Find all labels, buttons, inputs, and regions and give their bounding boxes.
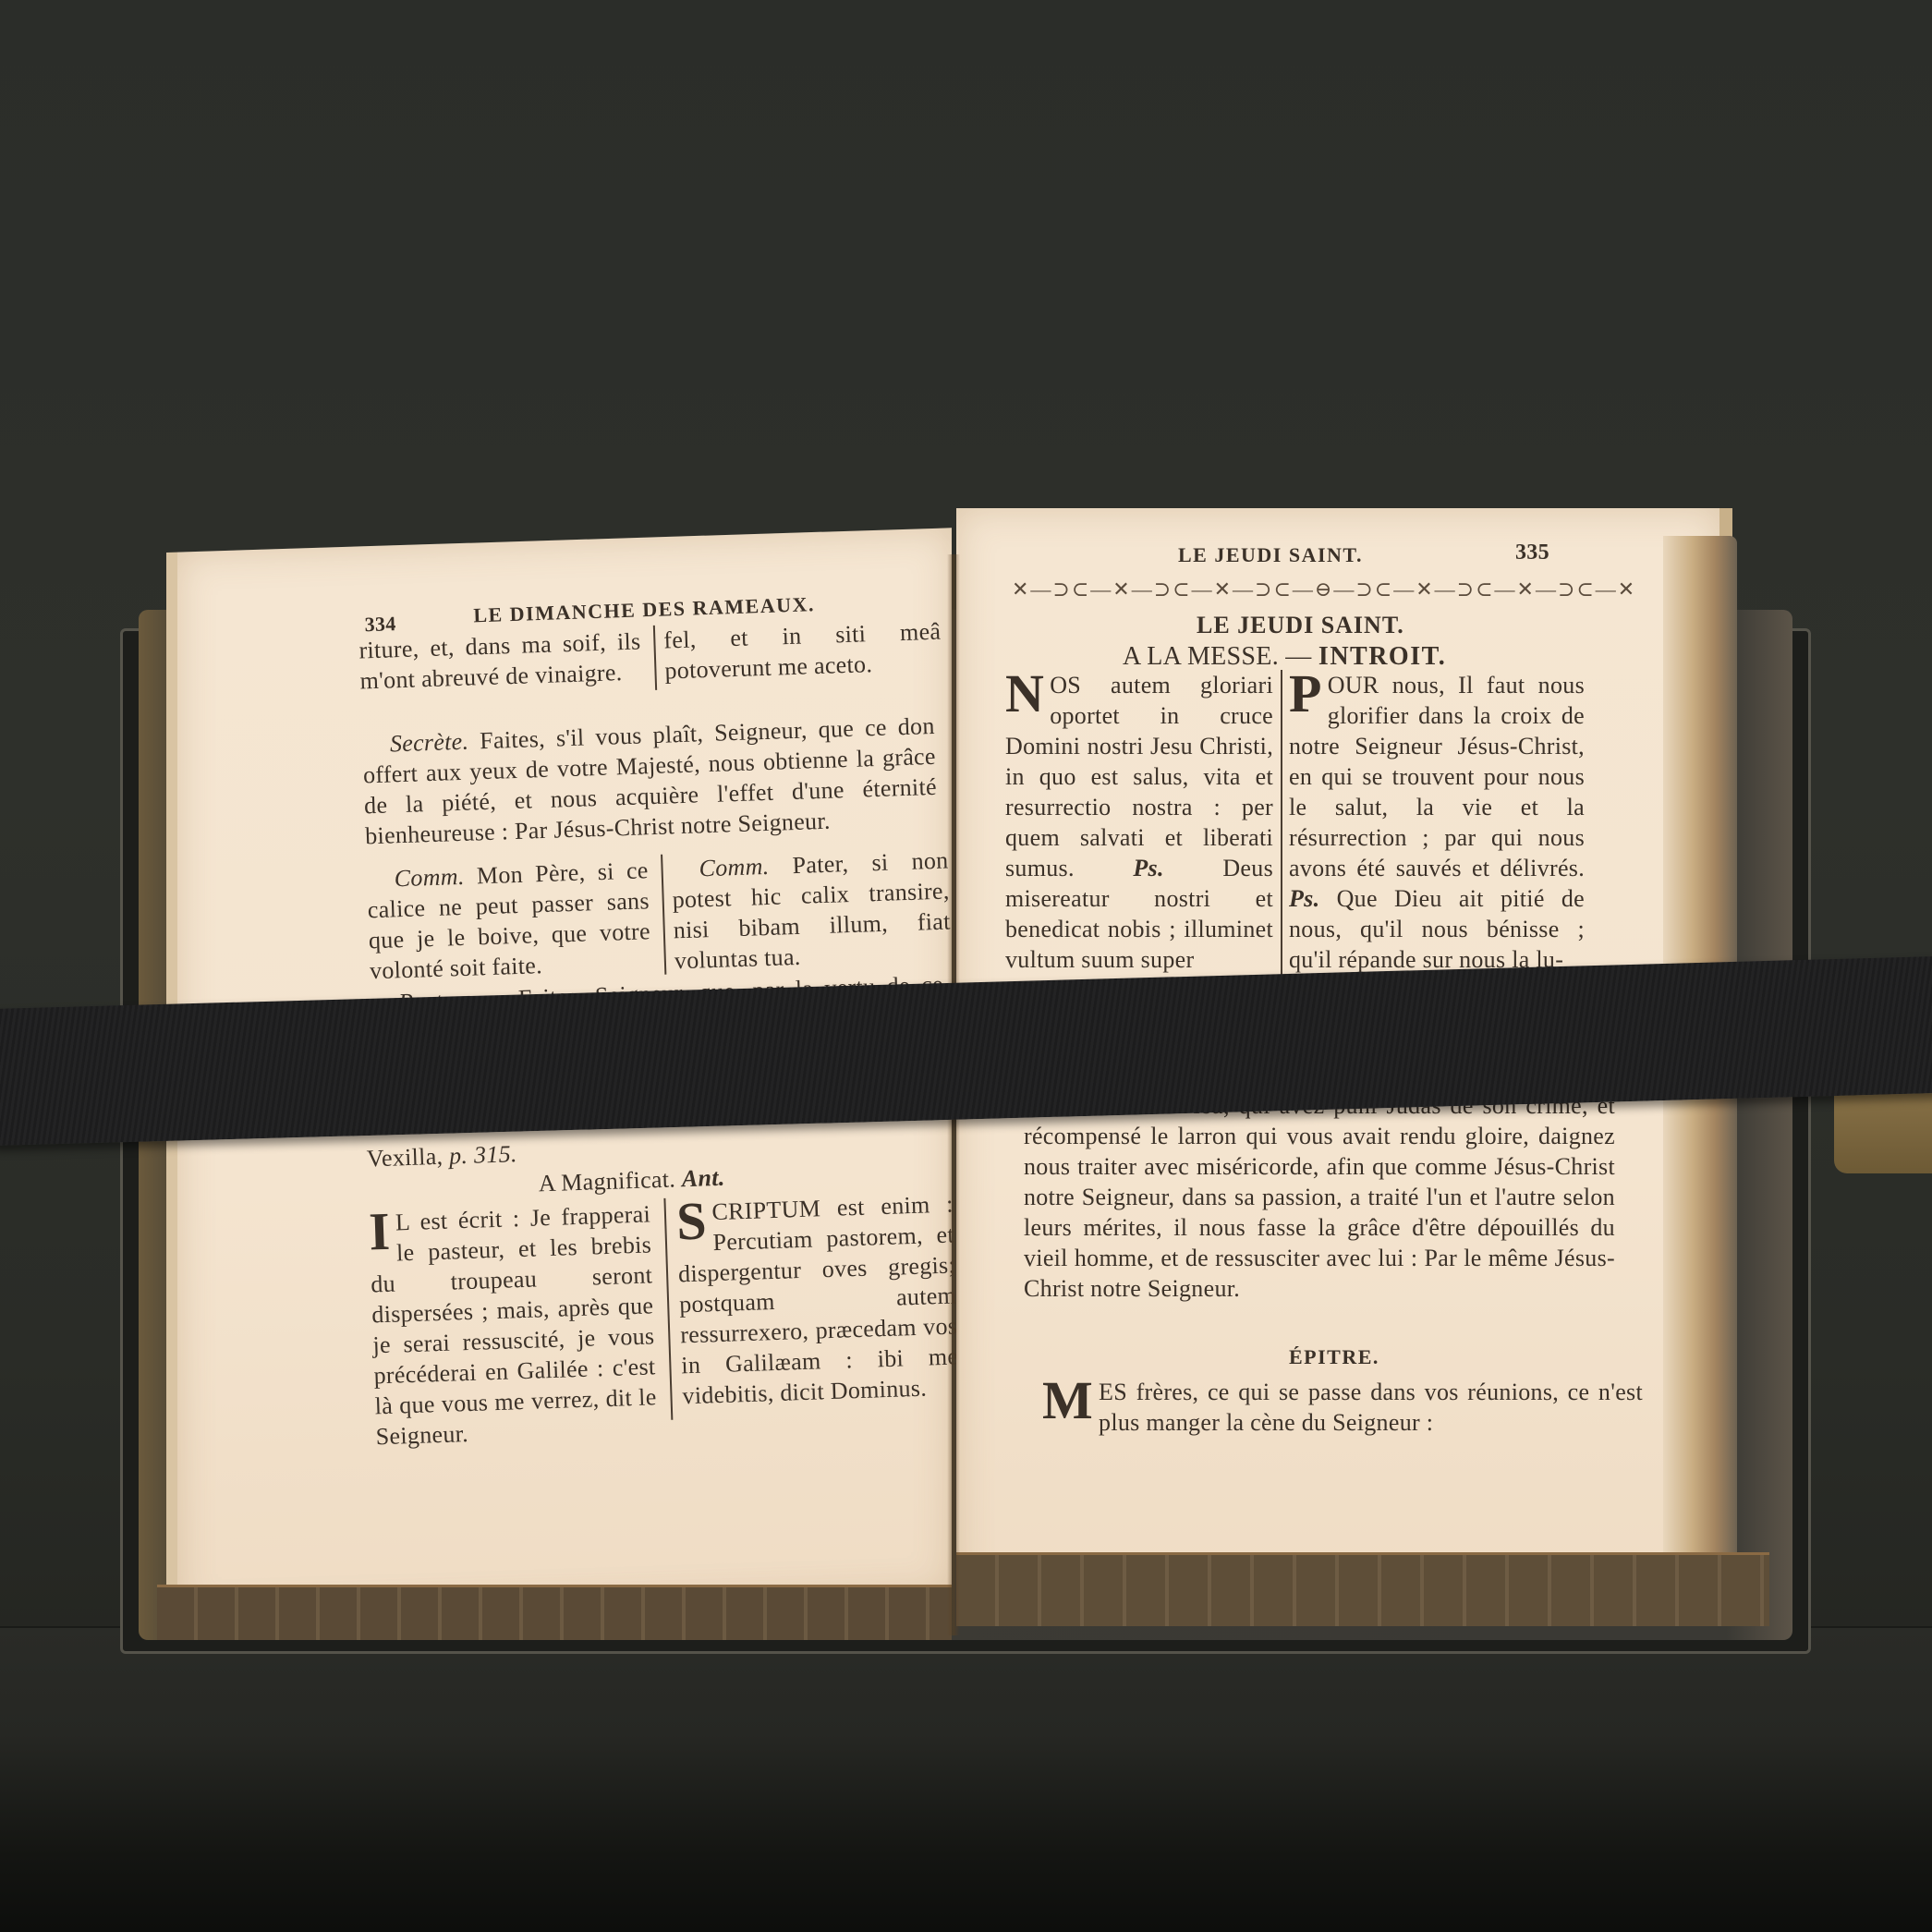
- communion-label-la: Comm.: [699, 853, 770, 882]
- right-page-edges: [956, 1552, 1769, 1626]
- block1-latin: fel, et in siti meâ potoverunt me aceto.: [663, 616, 942, 687]
- introit-latin-text: OS autem gloriari oportet in cruce Domin…: [1005, 672, 1273, 881]
- secrete-paragraph: Secrète. Faites, s'il vous plaît, Seigne…: [361, 711, 938, 851]
- section-subtitle: A LA MESSE. — INTROIT.: [1123, 641, 1446, 672]
- introit-latin: N OS autem gloriari oportet in cruce Dom…: [1005, 670, 1273, 975]
- introit-french-text: OUR nous, Il faut nous glorifier dans la…: [1289, 672, 1585, 881]
- column-rule: [661, 855, 666, 975]
- block1-french: riture, et, dans ma soif, ils m'ont abre…: [358, 626, 642, 696]
- column-rule: [663, 1198, 673, 1420]
- vexilla-text: Vexilla,: [366, 1143, 443, 1173]
- vexilla-ref: Vexilla, p. 315.: [366, 1138, 517, 1173]
- ornament-divider: ✕—⊃⊂—✕—⊃⊂—✕—⊃⊂—⊖—⊃⊂—✕—⊃⊂—✕—⊃⊂—✕: [1012, 577, 1557, 601]
- epitre-heading: ÉPITRE.: [1289, 1342, 1379, 1372]
- communion-latin: Comm. Pater, si non potest hic calix tra…: [671, 844, 952, 976]
- antiphon-latin: S CRIPTUM est enim : Percutiam pastorem,…: [675, 1189, 959, 1412]
- column-rule: [1281, 670, 1282, 1002]
- subtitle-part: INTROIT.: [1318, 642, 1446, 671]
- display-case-scene: 334 LE DIMANCHE DES RAMEAUX. riture, et,…: [0, 0, 1932, 1932]
- running-head-right: LE JEUDI SAINT.: [1178, 540, 1363, 570]
- communion-label-fr: Comm.: [394, 863, 465, 893]
- epitre-text: ES frères, ce qui se passe dans vos réun…: [1099, 1379, 1643, 1436]
- introit-french-ps-label: Ps.: [1289, 885, 1319, 912]
- drop-cap-p: P: [1289, 670, 1322, 718]
- section-title: LE JEUDI SAINT.: [1197, 610, 1404, 640]
- page-number-right: 335: [1515, 538, 1549, 568]
- secrete-label: Secrète.: [389, 728, 468, 758]
- subtitle-main: A LA MESSE. —: [1123, 642, 1312, 671]
- antiphon-french-text: L est écrit : Je frapperai le pasteur, e…: [371, 1200, 657, 1450]
- drop-cap-s: S: [675, 1197, 707, 1245]
- epitre-paragraph: M ES frères, ce qui se passe dans vos ré…: [1042, 1377, 1643, 1438]
- antiphon-latin-text: CRIPTUM est enim : Percutiam pastorem, e…: [678, 1191, 959, 1410]
- magnificat-heading-suffix: Ant.: [681, 1164, 725, 1193]
- drop-cap-n: N: [1005, 670, 1044, 718]
- magnificat-heading-text: A Magnificat.: [538, 1165, 675, 1197]
- introit-latin-ps-label: Ps.: [1133, 855, 1163, 881]
- introit-french-ps: Que Dieu ait pitié de nous, qu'il nous b…: [1289, 885, 1585, 973]
- oraison-text: O Dieu, qui avez puni Judas de son crime…: [1024, 1092, 1615, 1302]
- antiphon-french: I L est écrit : Je frapperai le pasteur,…: [369, 1198, 659, 1452]
- drop-cap-i: I: [369, 1208, 392, 1257]
- column-rule: [653, 626, 657, 690]
- vexilla-page-ref: p. 315.: [449, 1140, 518, 1169]
- drop-cap-m: M: [1042, 1377, 1093, 1425]
- introit-french: P OUR nous, Il faut nous glorifier dans …: [1289, 670, 1585, 975]
- oraison-paragraph: Oraison. O Dieu, qui avez puni Judas de …: [1024, 1090, 1615, 1304]
- communion-french: Comm. Mon Père, si ce calice ne peut pas…: [366, 855, 651, 986]
